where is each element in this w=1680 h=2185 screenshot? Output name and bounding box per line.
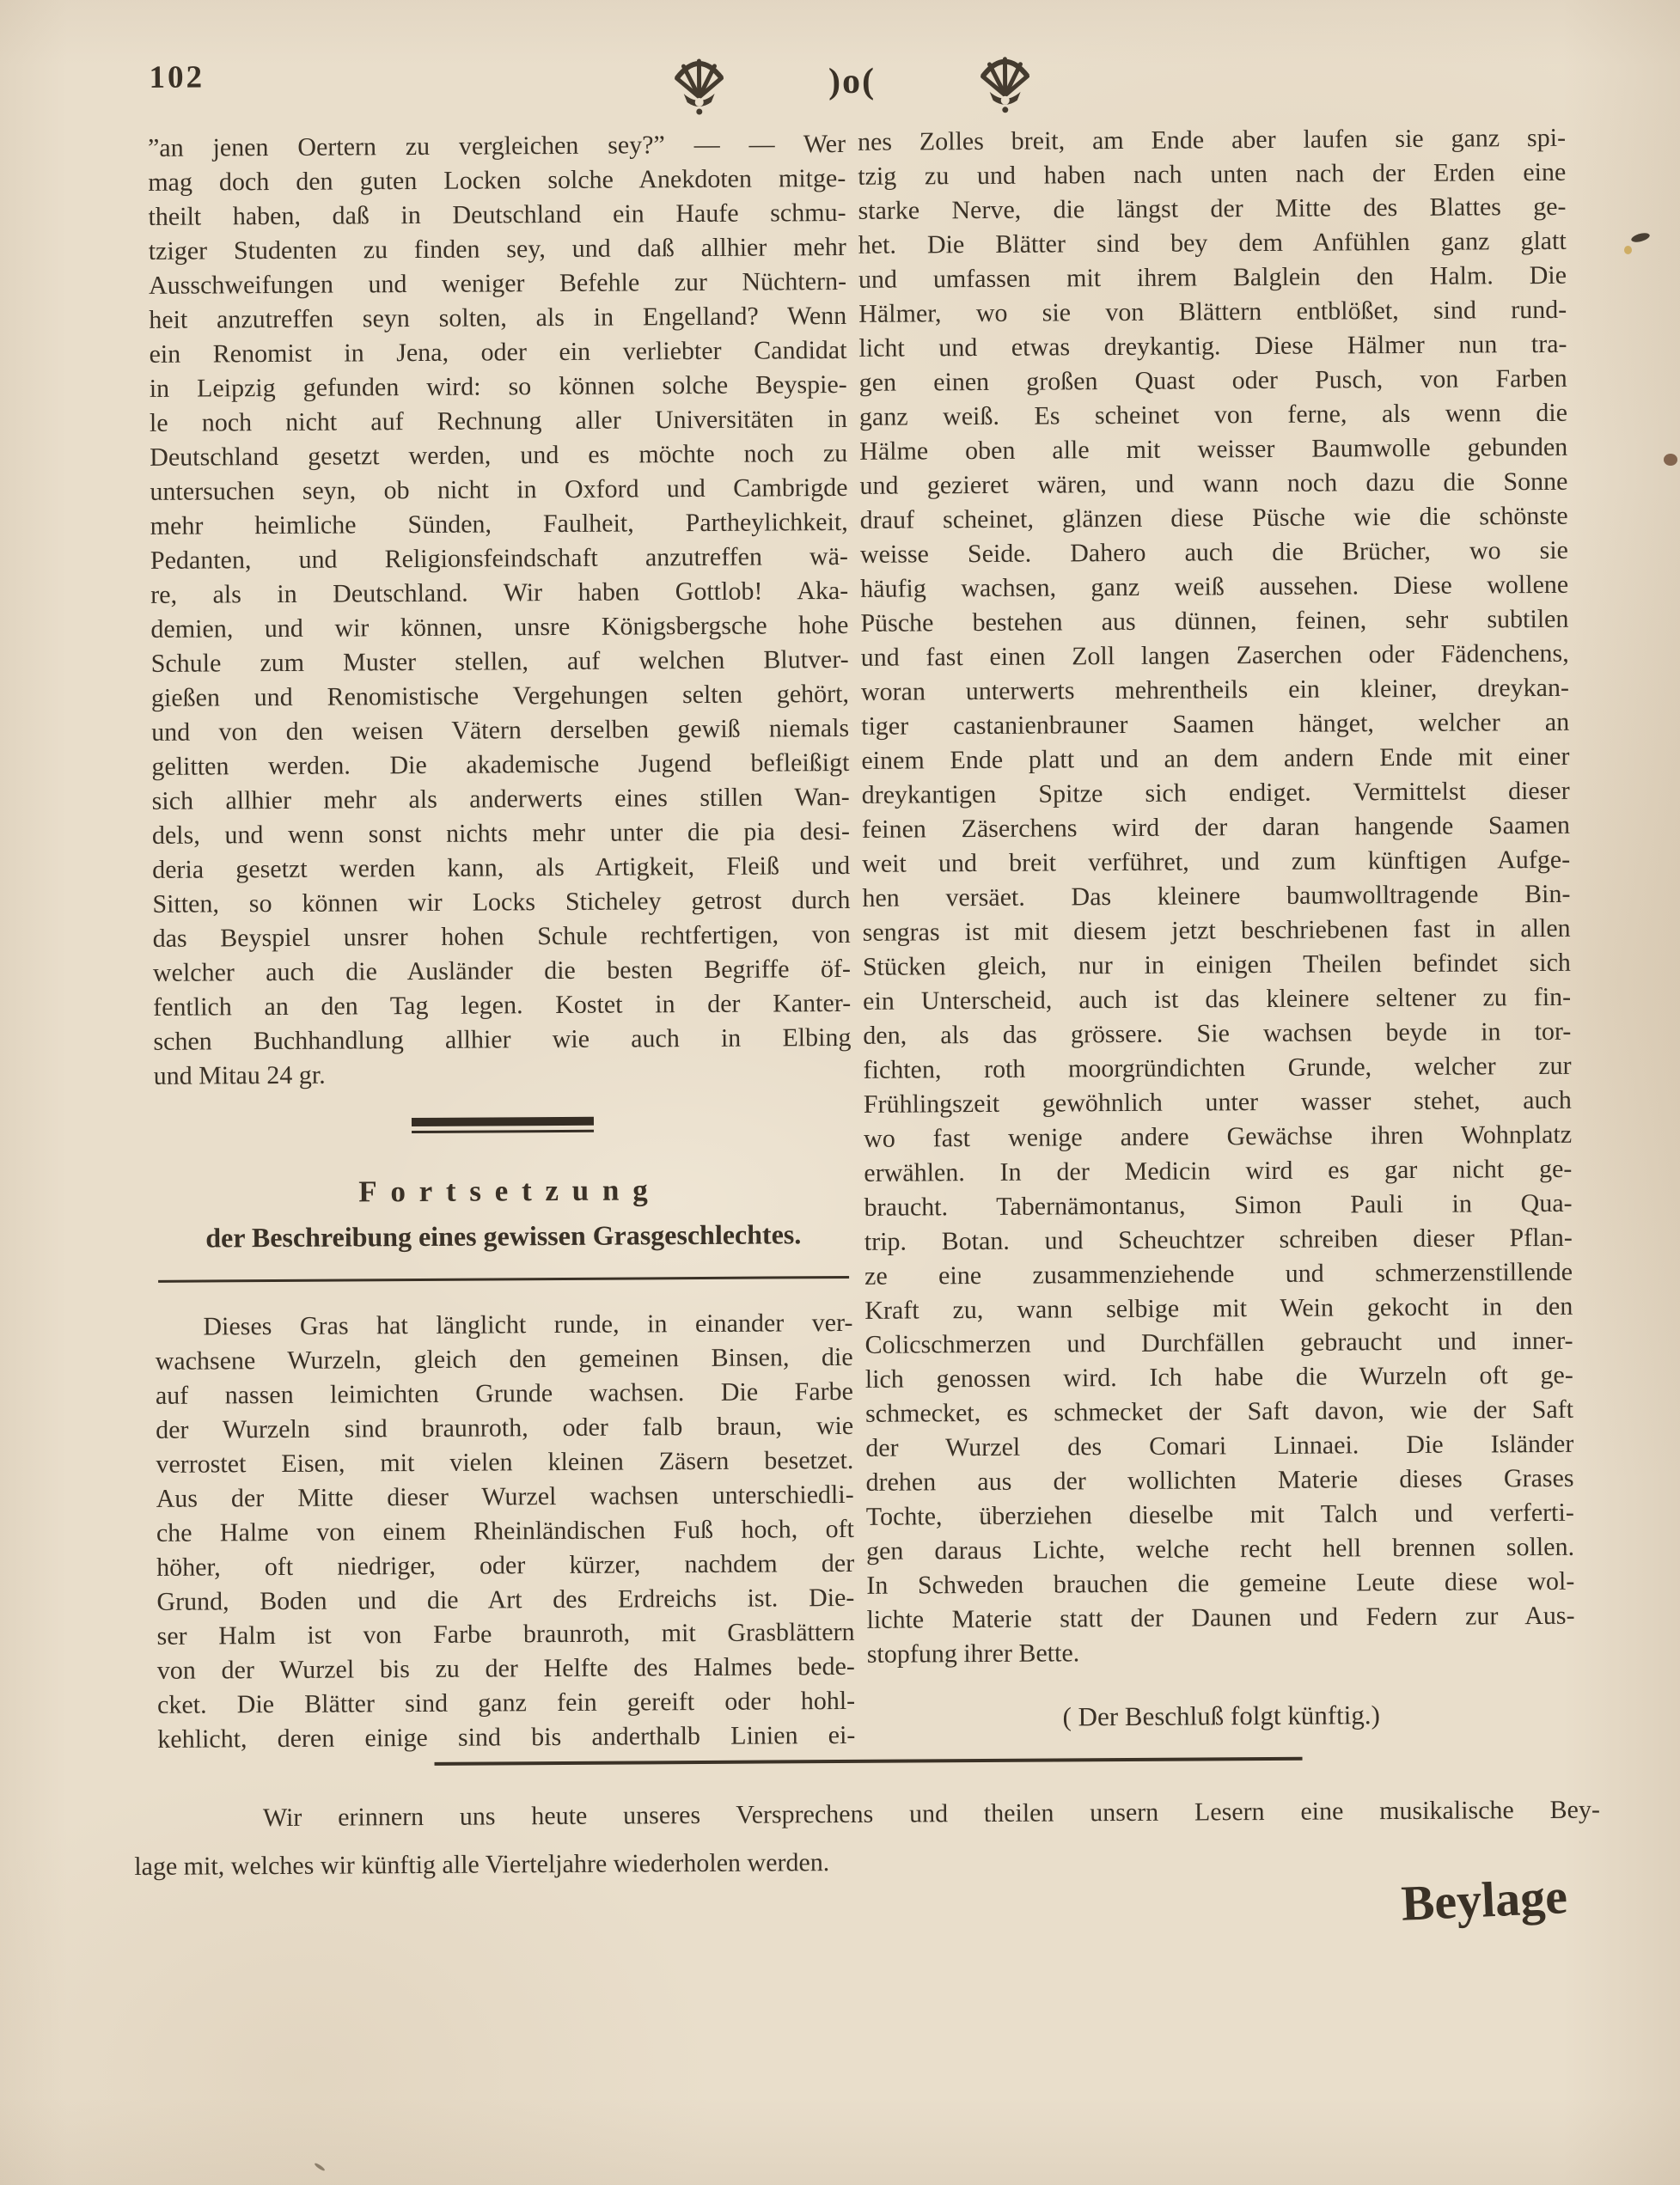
text-line: untersuchen seyn, ob nicht in Oxford und…: [150, 471, 847, 510]
text-line: der Wurzeln sind braunroth, oder falb br…: [156, 1409, 853, 1448]
text-line: kehlicht, deren einige sind bis andertha…: [157, 1718, 855, 1757]
divider-thick-rule: [412, 1117, 594, 1126]
text-line: verrostet Eisen, mit vielen kleinen Zäse…: [156, 1443, 853, 1482]
text-line: heit anzutreffen seyn solten, als in Eng…: [149, 299, 846, 338]
text-line: den, als das grössere. Sie wachsen beyde…: [863, 1015, 1571, 1053]
text-line: wo fast wenige andere Gewächse ihren Woh…: [864, 1118, 1572, 1157]
text-line: Frühlingszeit gewöhnlich unter wasser st…: [864, 1083, 1572, 1122]
text-line: mehr heimliche Sünden, Faulheit, Parthey…: [150, 505, 848, 544]
text-line: Hälme oben alle mit weisser Baumwolle ge…: [859, 430, 1567, 469]
closing-note: ( Der Beschluß folgt künftig.): [867, 1699, 1575, 1734]
text-line: lichte Materie statt der Daunen und Fede…: [866, 1599, 1574, 1638]
text-line: Deutschland gesetzt werden, und es möcht…: [150, 436, 847, 475]
text-line: cket. Die Blätter sind ganz fein gereift…: [157, 1684, 855, 1723]
text-line: lich genossen wird. Ich habe die Wurzeln…: [865, 1358, 1573, 1397]
text-line: tiger castanienbrauner Saamen hänget, we…: [861, 705, 1569, 744]
text-line: trip. Botan. und Scheuchtzer schreiben d…: [864, 1221, 1573, 1260]
shell-ornament-icon: [977, 52, 1032, 114]
article-last-line: und Mitau 24 gr.: [154, 1055, 852, 1094]
text-line: woran unterwerts mehrentheils ein kleine…: [861, 671, 1569, 710]
shell-ornament-icon: [671, 54, 726, 116]
text-line: der Wurzel des Comari Linnaei. Die Islän…: [865, 1427, 1573, 1466]
text-line: het. Die Blätter sind bey dem Anfühlen g…: [858, 224, 1567, 263]
text-line: Pedanten, und Religionsfeindschaft anzut…: [150, 540, 848, 578]
text-line: ”an jenen Oertern zu vergleichen sey?” —…: [148, 127, 846, 166]
text-line: weit und breit verführet, und zum künfti…: [862, 843, 1570, 882]
text-line: che Halme von einem Rheinländischen Fuß …: [156, 1512, 854, 1551]
text-line: erwählen. In der Medicin wird es gar nic…: [864, 1152, 1572, 1191]
article-continuation-text: ”an jenen Oertern zu vergleichen sey?” —…: [148, 127, 852, 1059]
text-line: hen versäet. Das kleinere baumwolltragen…: [862, 877, 1570, 916]
text-line: licht und etwas dreykantig. Diese Hälmer…: [858, 327, 1567, 366]
text-line: häufig wachsen, ganz weiß aussehen. Dies…: [860, 568, 1568, 607]
text-line: ser Halm ist von Farbe braunroth, mit Gr…: [157, 1615, 855, 1654]
text-line: das Beyspiel unsrer hohen Schule rechtfe…: [153, 918, 851, 956]
heading-rule: [158, 1276, 849, 1283]
text-line: Hälmer, wo sie von Blättern entblößet, s…: [858, 293, 1567, 332]
text-line: sich allhier mehr als anderwerts eines s…: [152, 780, 850, 819]
text-line: schmecket, es schmecket der Saft davon, …: [865, 1393, 1573, 1431]
section-heading: Fortsetzung: [154, 1172, 852, 1211]
text-line: Sitten, so können wir Locks Sticheley ge…: [152, 883, 850, 922]
text-line: Schule zum Muster stellen, auf welchen B…: [151, 643, 849, 681]
text-line: In Schweden brauchen die gemeine Leute d…: [866, 1565, 1574, 1603]
text-line: tzig zu und haben nach unten nach der Er…: [858, 156, 1566, 194]
text-line: deria gesetzt werden kann, als Artigkeit…: [152, 849, 850, 888]
text-line: drauf scheinet, glänzen diese Püsche wie…: [860, 499, 1568, 538]
text-line: drehen aus der wollichten Materie dieses…: [865, 1462, 1573, 1500]
section-subheading: der Beschreibung eines gewissen Grasgesc…: [155, 1218, 852, 1254]
text-line: gen daraus Lichte, welche recht hell bre…: [866, 1530, 1574, 1569]
grass-paragraph: Dieses Gras hat länglicht runde, in eina…: [155, 1306, 855, 1757]
text-line: Tochte, überziehen dieselbe mit Talch un…: [866, 1496, 1574, 1535]
text-line: auf nassen leimichten Grunde wachsen. Di…: [156, 1375, 853, 1413]
text-line: und von den weisen Vätern derselben gewi…: [151, 711, 849, 750]
text-line: le noch nicht auf Rechnung aller Univers…: [150, 402, 847, 441]
text-line: und umfassen mit ihrem Balglein den Halm…: [858, 259, 1567, 297]
text-line: re, als in Deutschland. Wir haben Gottlo…: [150, 574, 848, 613]
text-line: Kraft zu, wann selbige mit Wein gekocht …: [864, 1290, 1573, 1328]
text-line: Aus der Mitte dieser Wurzel wachsen unte…: [156, 1478, 854, 1517]
text-line: mag doch den guten Locken solche Anekdot…: [148, 162, 846, 200]
left-column: ”an jenen Oertern zu vergleichen sey?” —…: [148, 127, 856, 1757]
text-line: und fast einen Zoll langen Zaserchen ode…: [861, 637, 1569, 675]
paragraph-last-line: stopfung ihrer Bette.: [867, 1633, 1575, 1672]
text-line: ein Unterscheid, auch ist das kleinere s…: [863, 980, 1571, 1019]
text-line: braucht. Tabernämontanus, Simon Pauli in…: [864, 1187, 1572, 1225]
text-line: demien, und wir können, unsre Königsberg…: [150, 608, 848, 647]
text-line: Colicschmerzen und Durchfällen gebraucht…: [864, 1324, 1573, 1363]
right-column: nes Zolles breit, am Ende aber laufen si…: [858, 121, 1575, 1734]
paragraph-lines: wachsene Wurzeln, gleich den gemeinen Bi…: [156, 1340, 856, 1757]
text-line: tziger Studenten zu finden sey, und daß …: [149, 230, 846, 269]
text-line: dels, und wenn sonst nichts mehr unter d…: [152, 815, 850, 853]
text-line: Stücken gleich, nur in einigen Theilen b…: [863, 946, 1571, 985]
scanned-page-content: 102 )o(: [0, 0, 1680, 2185]
article-text: nes Zolles breit, am Ende aber laufen si…: [858, 121, 1575, 1638]
text-line: fichten, roth moorgründichten Grunde, we…: [863, 1049, 1571, 1088]
text-line: gen einen großen Quast oder Pusch, von F…: [859, 362, 1567, 400]
text-line: wachsene Wurzeln, gleich den gemeinen Bi…: [156, 1340, 853, 1379]
text-line: theilt haben, daß in Deutschland ein Hau…: [148, 196, 846, 235]
text-line: Püsche bestehen aus dünnen, feinen, sehr…: [860, 602, 1568, 641]
page-number: 102: [149, 58, 205, 95]
text-line: einem Ende platt und an dem andern Ende …: [861, 740, 1569, 778]
text-line: dreykantigen Spitze sich endiget. Vermit…: [862, 774, 1570, 813]
catchword: Beylage: [1400, 1867, 1568, 1932]
footer-rule: [435, 1757, 1303, 1766]
text-line: von der Wurzel bis zu der Helfte des Hal…: [157, 1650, 855, 1688]
divider-thin-rule: [412, 1130, 594, 1133]
text-line: und gezieret wären, und wann noch dazu d…: [859, 465, 1567, 504]
text-line: ze eine zusammenziehende und schmerzenst…: [864, 1255, 1573, 1294]
header-ornaments: )o(: [671, 47, 1033, 122]
text-line: in Leipzig gefunden wird: so können solc…: [150, 368, 847, 406]
section-divider: [412, 1117, 594, 1133]
text-line: welcher auch die Ausländer die besten Be…: [153, 952, 851, 991]
text-line: fentlich an den Tag legen. Kostet in der…: [153, 986, 851, 1025]
text-line: schen Buchhandlung allhier wie auch in E…: [153, 1021, 851, 1059]
text-line: nes Zolles breit, am Ende aber laufen si…: [858, 121, 1566, 160]
text-line: starke Nerve, die längst der Mitte des B…: [858, 190, 1566, 229]
footer-notice: Wir erinnern uns heute unseres Versprech…: [134, 1755, 1601, 1884]
text-line: gießen und Renomistische Vergehungen sel…: [151, 677, 849, 716]
text-line: Grund, Boden und die Art des Erdreichs i…: [156, 1581, 854, 1620]
text-line: feinen Zäserchens wird der daran hangend…: [862, 809, 1570, 847]
text-line: Ausschweifungen und weniger Befehle zur …: [149, 265, 846, 303]
text-line: ein Renomist in Jena, oder ein verliebte…: [149, 333, 846, 372]
text-line: ganz weiß. Es scheinet von ferne, als we…: [859, 396, 1567, 435]
header-signature-mark: )o(: [828, 61, 876, 107]
text-line: gelitten werden. Die akademische Jugend …: [151, 746, 849, 784]
text-line: sengras ist mit diesem jetzt beschrieben…: [863, 912, 1571, 950]
paragraph-first-line: Dieses Gras hat länglicht runde, in eina…: [155, 1306, 852, 1345]
footer-notice-line: lage mit, welches wir künftig alle Viert…: [134, 1841, 1600, 1884]
text-line: weisse Seide. Dahero auch die Brücher, w…: [860, 534, 1568, 572]
text-line: höher, oft niedriger, oder kürzer, nachd…: [156, 1547, 854, 1585]
footer-notice-line: Wir erinnern uns heute unseres Versprech…: [134, 1793, 1600, 1836]
